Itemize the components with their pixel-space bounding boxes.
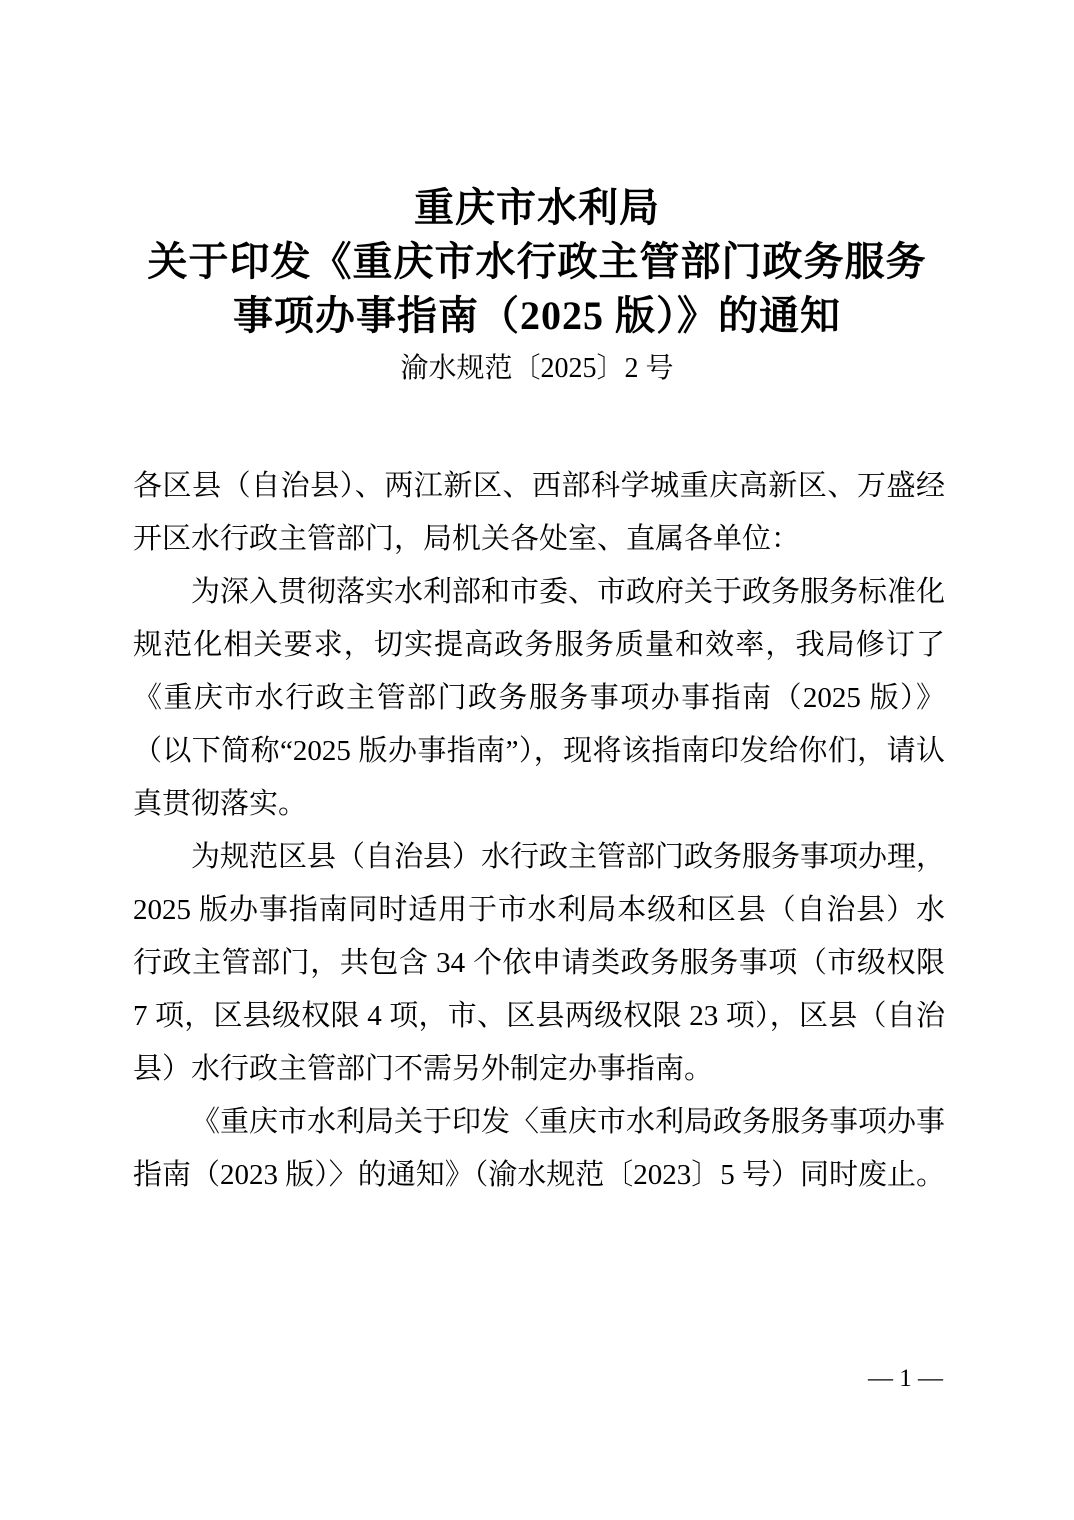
document-title-line-3: 事项办事指南（2025 版）》的通知 [0,289,1074,343]
document-title-line-1: 重庆市水利局 [0,181,1074,235]
body-paragraph: 为深入贯彻落实水利部和市委、市政府关于政务服务标准化规范化相关要求，切实提高政务… [133,566,945,831]
body-paragraph: 为规范区县（自治县）水行政主管部门政务服务事项办理，2025 版办事指南同时适用… [133,831,945,1096]
document-title-line-2: 关于印发《重庆市水行政主管部门政务服务 [0,235,1074,289]
page-number: — 1 — [868,1363,943,1395]
body-paragraph: 《重庆市水利局关于印发〈重庆市水利局政务服务事项办事指南（2023 版）〉的通知… [133,1096,945,1202]
document-page: 重庆市水利局 关于印发《重庆市水行政主管部门政务服务 事项办事指南（2025 版… [0,0,1074,1520]
document-number: 渝水规范〔2025〕2 号 [0,349,1074,389]
document-title: 重庆市水利局 关于印发《重庆市水行政主管部门政务服务 事项办事指南（2025 版… [0,0,1074,343]
body-paragraph-salutation: 各区县（自治县）、两江新区、西部科学城重庆高新区、万盛经开区水行政主管部门，局机… [133,460,945,566]
document-body: 各区县（自治县）、两江新区、西部科学城重庆高新区、万盛经开区水行政主管部门，局机… [133,460,945,1202]
